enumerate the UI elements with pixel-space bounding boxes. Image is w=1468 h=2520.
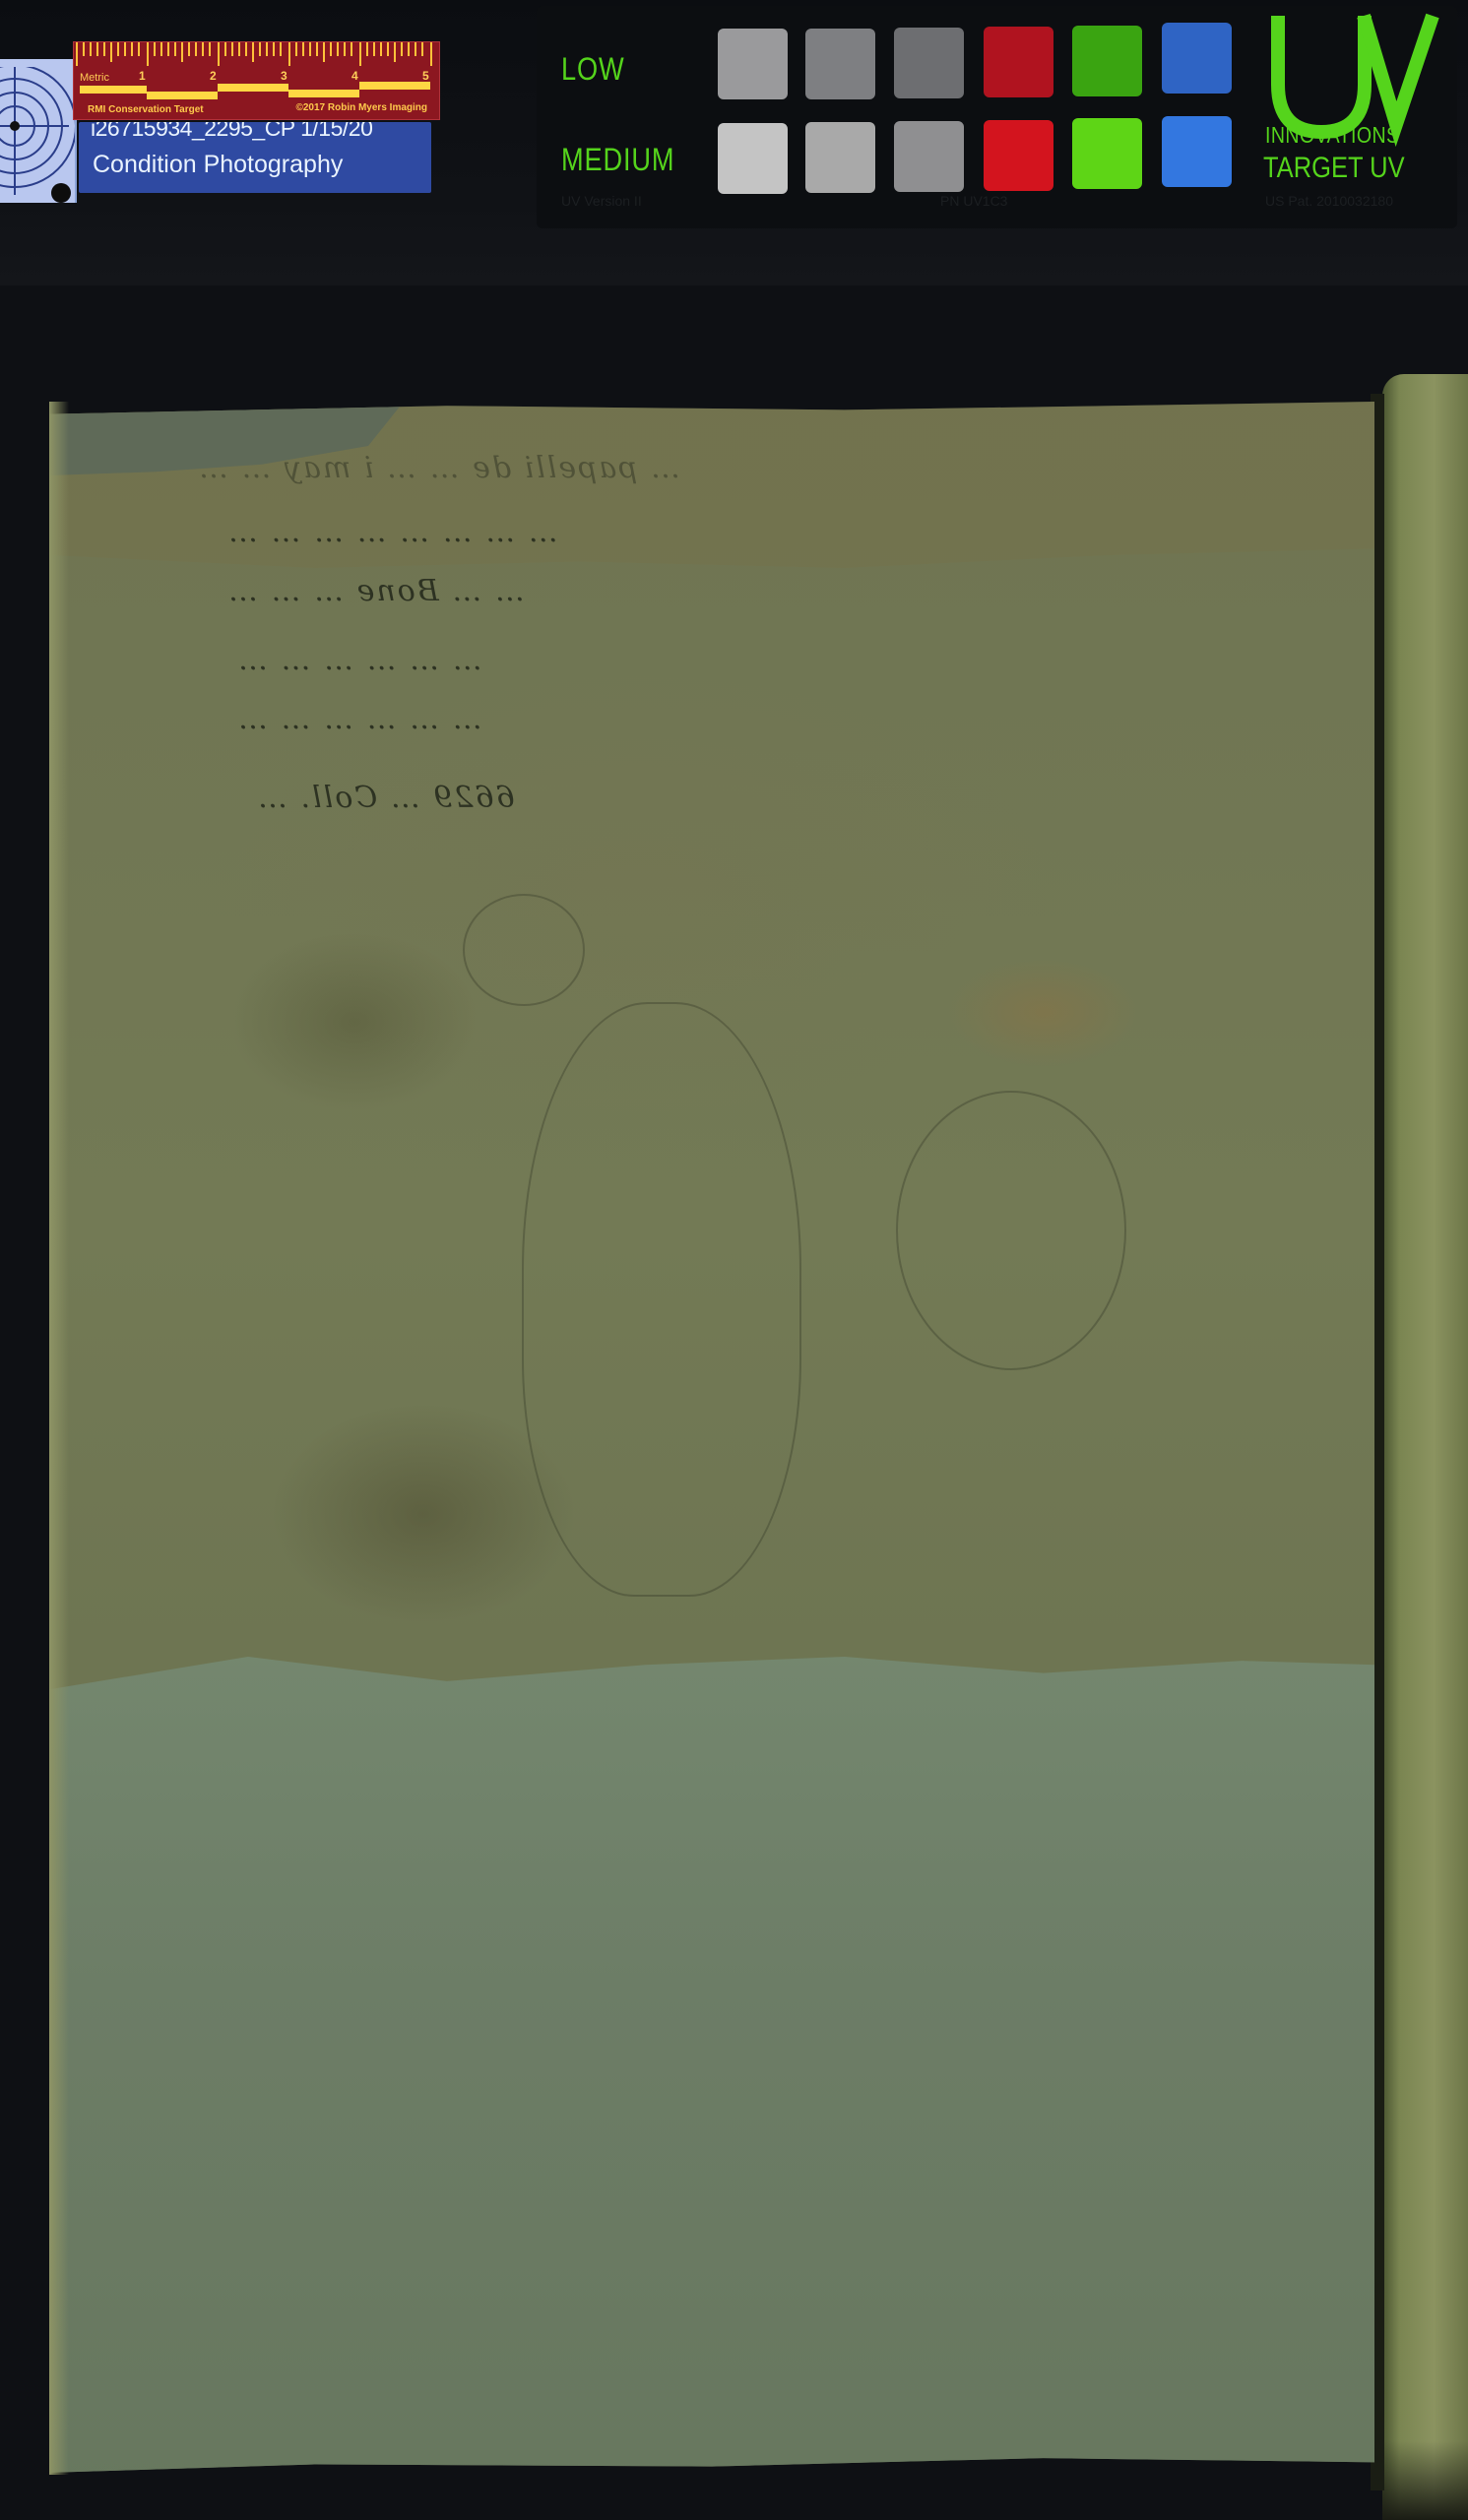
row-label-medium: MEDIUM — [561, 142, 674, 178]
pencil-sketch-head — [463, 894, 585, 1006]
handwriting-line: … papelli de … … i may … … — [197, 451, 680, 485]
washed-lower-area — [49, 1657, 1374, 2475]
ruler-footer-right: ©2017 Robin Myers Imaging — [295, 102, 427, 113]
color-patch — [894, 28, 964, 98]
uv-target-card: LOW MEDIUM INNOVATIONS TARGET UV UV Vers… — [537, 6, 1457, 228]
color-patch — [1162, 116, 1232, 187]
metric-ruler: Metric 1 2 3 4 5 RMI Conservation Target… — [73, 41, 440, 120]
ruler-number: 3 — [281, 69, 287, 83]
product-target-uv: TARGET UV — [1263, 152, 1405, 185]
ruler-unit-label: Metric — [80, 72, 109, 84]
ruler-footer-left: RMI Conservation Target — [88, 104, 204, 115]
handwriting-line: … … Bone … … … — [226, 574, 525, 608]
handwriting-line: 6629 … Coll. … — [256, 781, 515, 815]
fine-print: PN UV1C3 — [940, 193, 1007, 209]
handwriting-line: … … … … … … — [236, 643, 482, 677]
color-patch — [1162, 23, 1232, 94]
image-id-label: i26715934_2295_CP 1/15/20 — [91, 122, 372, 144]
bullseye-target-icon — [0, 59, 77, 203]
fine-print: US Pat. 2010032180 — [1265, 193, 1393, 209]
color-patch — [984, 27, 1053, 97]
ruler-number: 4 — [351, 69, 358, 83]
fine-print: UV Version II — [561, 193, 642, 209]
manuscript-leaf: … papelli de … … i may … … … … … … … … …… — [49, 402, 1374, 2475]
ruler-number: 2 — [210, 69, 217, 83]
row-label-low: LOW — [561, 51, 625, 88]
conservation-target-strip: Metric 1 2 3 4 5 RMI Conservation Target… — [0, 0, 1468, 285]
color-patch — [1072, 26, 1142, 96]
color-patch — [894, 121, 964, 192]
color-patch — [805, 29, 875, 99]
image-label-plate: i26715934_2295_CP 1/15/20 Condition Phot… — [79, 122, 431, 193]
color-patch — [1072, 118, 1142, 189]
color-patch — [718, 29, 788, 99]
ruler-number: 1 — [139, 69, 146, 83]
brand-innovations: INNOVATIONS — [1265, 122, 1399, 149]
page-left-edge — [49, 402, 69, 2475]
pencil-sketch-shape — [896, 1091, 1126, 1370]
handwriting-line: … … … … … … … … — [226, 515, 558, 549]
handwriting-line: … … … … … … — [236, 702, 482, 736]
facing-page-edge — [1382, 374, 1468, 2520]
image-title-label: Condition Photography — [93, 151, 343, 179]
color-patch — [984, 120, 1053, 191]
pencil-sketch-figure — [522, 1002, 801, 1597]
color-patch — [805, 122, 875, 193]
ruler-number: 5 — [422, 69, 429, 83]
color-patch — [718, 123, 788, 194]
